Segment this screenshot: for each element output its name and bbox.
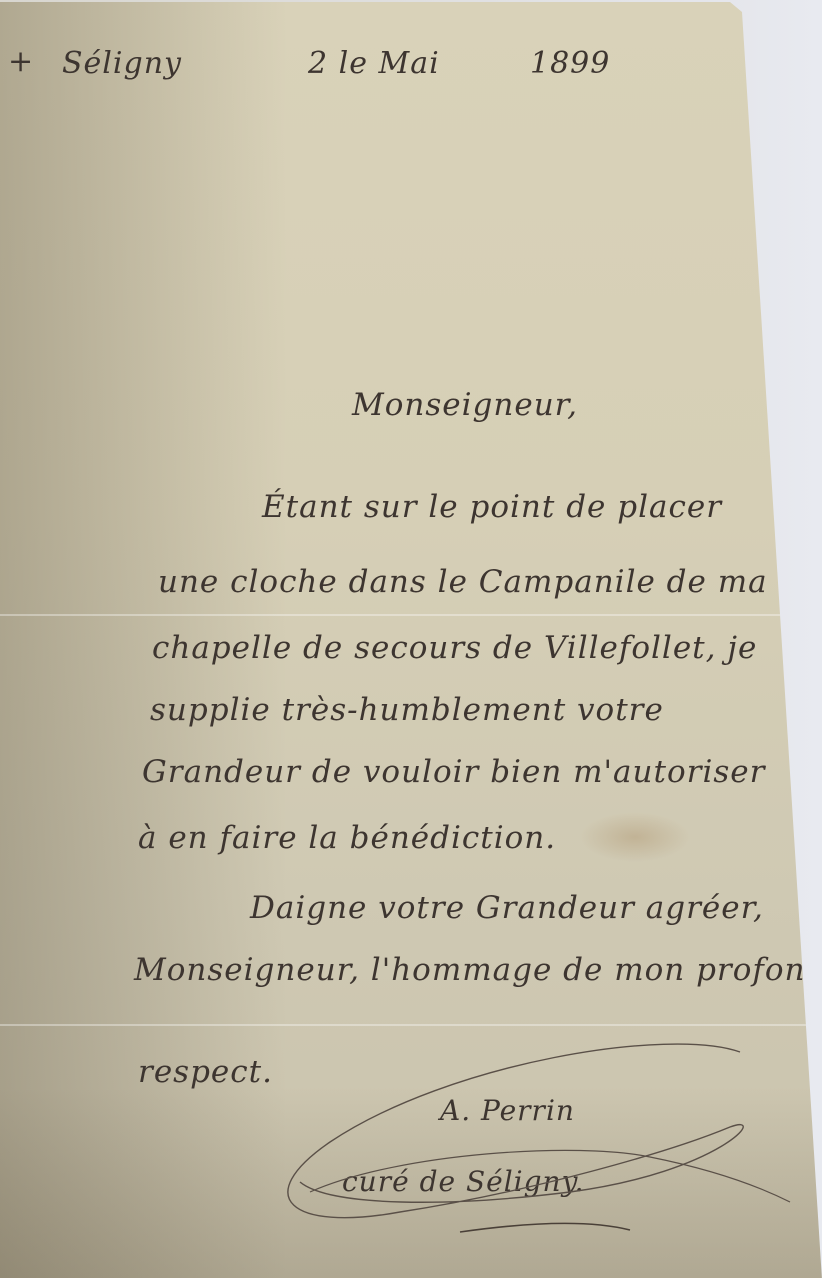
body-line: Étant sur le point de placer	[262, 489, 722, 525]
header-mark: +	[8, 44, 34, 79]
body-line: Monseigneur, l'hommage de mon profond	[134, 952, 822, 988]
body-line: respect.	[138, 1054, 273, 1090]
signature-title: curé de Séligny.	[342, 1165, 585, 1198]
header-date: 2 le Mai	[308, 46, 440, 81]
body-line: chapelle de secours de Villefollet, je	[152, 630, 757, 666]
letter-paper: + Séligny 2 le Mai 1899 Monseigneur, Éta…	[0, 2, 822, 1278]
body-line: supplie très-humblement votre	[150, 692, 664, 728]
fold-crease	[0, 1024, 822, 1026]
body-line: à en faire la bénédiction.	[138, 820, 556, 856]
body-line: Grandeur de vouloir bien m'autoriser	[142, 754, 765, 790]
salutation: Monseigneur,	[352, 387, 578, 423]
header-place: Séligny	[62, 46, 182, 81]
paper-stain	[580, 812, 690, 862]
fold-crease	[0, 614, 822, 616]
signature-name: A. Perrin	[440, 1094, 575, 1127]
signature-flourish-icon	[250, 1032, 810, 1252]
header-year: 1899	[530, 46, 610, 81]
body-line: une cloche dans le Campanile de ma	[158, 564, 768, 600]
body-line: Daigne votre Grandeur agréer,	[250, 890, 764, 926]
